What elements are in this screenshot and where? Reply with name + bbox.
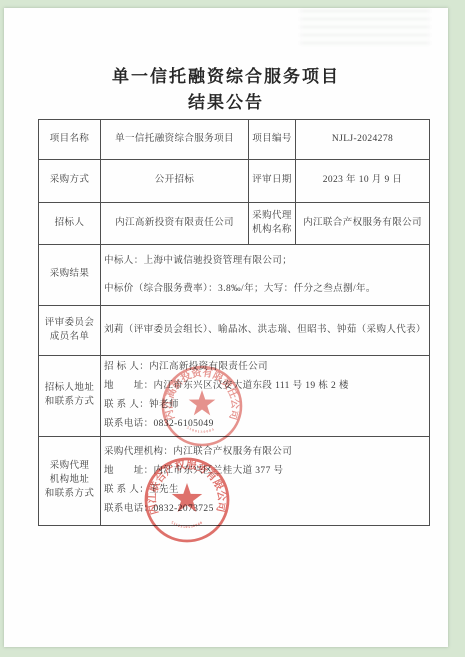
bidder-contact-phone-line: 联系电话：0832-6105049 — [104, 415, 426, 434]
agency-contact-name-line: 采购代理机构：内江联合产权服务有限公司 — [104, 443, 426, 462]
cell-agency-name-label: 采购代理 机构名称 — [249, 203, 296, 245]
cell-review-date-label: 评审日期 — [249, 160, 296, 203]
agency-contact-phone-line: 联系电话：0832-2073725 — [104, 500, 426, 519]
cell-bidder-value: 内江高新投资有限责任公司 — [101, 203, 249, 245]
bidder-contact-address-line: 地 址：内江市东兴区汉安大道东段 111 号 19 栋 2 楼 — [104, 377, 426, 396]
cell-result-value: 中标人：上海中诚信驰投资管理有限公司； 中标价（综合服务费率）：3.8‰/年；大… — [101, 245, 430, 306]
cell-bidder-label: 招标人 — [39, 203, 101, 245]
row-bidder-contact: 招标人地址 和联系方式 招 标 人：内江高新投资有限责任公司 地 址：内江市东兴… — [39, 356, 430, 437]
bidder-contact-name-line: 招 标 人：内江高新投资有限责任公司 — [104, 358, 426, 377]
row-bidder: 招标人 内江高新投资有限责任公司 采购代理 机构名称 内江联合产权服务有限公司 — [39, 203, 430, 245]
cell-committee-label: 评审委员会 成员名单 — [39, 306, 101, 356]
title-line-project: 单一信托融资综合服务项目 — [4, 64, 448, 90]
cell-bidder-contact-label: 招标人地址 和联系方式 — [39, 356, 101, 437]
row-result: 采购结果 中标人：上海中诚信驰投资管理有限公司； 中标价（综合服务费率）：3.8… — [39, 245, 430, 306]
agency-name-label-line2: 机构名称 — [252, 224, 292, 238]
document-title: 单一信托融资综合服务项目 结果公告 — [4, 64, 448, 116]
agency-name-label-line1: 采购代理 — [252, 210, 292, 224]
cell-project-no-value: NJLJ-2024278 — [296, 120, 430, 160]
bidder-contact-person-line: 联 系 人：钟老师 — [104, 396, 426, 415]
title-line-result: 结果公告 — [4, 90, 448, 116]
cell-project-name-value: 单一信托融资综合服务项目 — [101, 120, 249, 160]
agency-contact-label-line2: 机构地址 — [42, 474, 97, 488]
cell-agency-contact-label: 采购代理 机构地址 和联系方式 — [39, 437, 101, 526]
agency-contact-address-line: 地 址：内江市东兴区兰桂大道 377 号 — [104, 462, 426, 481]
agency-contact-label-line3: 和联系方式 — [42, 488, 97, 502]
row-procurement-method: 采购方式 公开招标 评审日期 2023 年 10 月 9 日 — [39, 160, 430, 203]
committee-label-line1: 评审委员会 — [42, 317, 97, 331]
agency-contact-person-line: 联 系 人：王先生 — [104, 481, 426, 500]
cell-project-name-label: 项目名称 — [39, 120, 101, 160]
document-page: 单一信托融资综合服务项目 结果公告 项目名称 单一信托融资综合服务项目 项目编号… — [4, 8, 448, 647]
cell-agency-name-value: 内江联合产权服务有限公司 — [296, 203, 430, 245]
cell-result-label: 采购结果 — [39, 245, 101, 306]
row-committee: 评审委员会 成员名单 刘莉（评审委员会组长）、喻晶冰、洪志瑞、但昭书、钟茹（采购… — [39, 306, 430, 356]
agency-contact-label-line1: 采购代理 — [42, 460, 97, 474]
scanned-document: { "document": { "title_line1": "单一信托融资综合… — [0, 0, 465, 657]
row-agency-contact: 采购代理 机构地址 和联系方式 采购代理机构：内江联合产权服务有限公司 地 址：… — [39, 437, 430, 526]
cell-committee-value: 刘莉（评审委员会组长）、喻晶冰、洪志瑞、但昭书、钟茹（采购人代表） — [101, 306, 430, 356]
cell-review-date-value: 2023 年 10 月 9 日 — [296, 160, 430, 203]
cell-method-value: 公开招标 — [101, 160, 249, 203]
cell-agency-contact-value: 采购代理机构：内江联合产权服务有限公司 地 址：内江市东兴区兰桂大道 377 号… — [101, 437, 430, 526]
scan-bleed-smudge — [300, 10, 430, 44]
result-winner-line: 中标人：上海中诚信驰投资管理有限公司； — [104, 252, 426, 271]
cell-method-label: 采购方式 — [39, 160, 101, 203]
result-price-line: 中标价（综合服务费率）：3.8‰/年；大写：仟分之叁点捌/年。 — [104, 280, 426, 299]
committee-label-line2: 成员名单 — [42, 331, 97, 345]
bidder-contact-label-line2: 和联系方式 — [42, 396, 97, 410]
bidder-contact-label-line1: 招标人地址 — [42, 382, 97, 396]
row-project-name: 项目名称 单一信托融资综合服务项目 项目编号 NJLJ-2024278 — [39, 120, 430, 160]
cell-bidder-contact-value: 招 标 人：内江高新投资有限责任公司 地 址：内江市东兴区汉安大道东段 111 … — [101, 356, 430, 437]
announcement-table: 项目名称 单一信托融资综合服务项目 项目编号 NJLJ-2024278 采购方式… — [38, 119, 430, 526]
cell-project-no-label: 项目编号 — [249, 120, 296, 160]
committee-members-line: 刘莉（评审委员会组长）、喻晶冰、洪志瑞、但昭书、钟茹（采购人代表） — [104, 321, 426, 340]
